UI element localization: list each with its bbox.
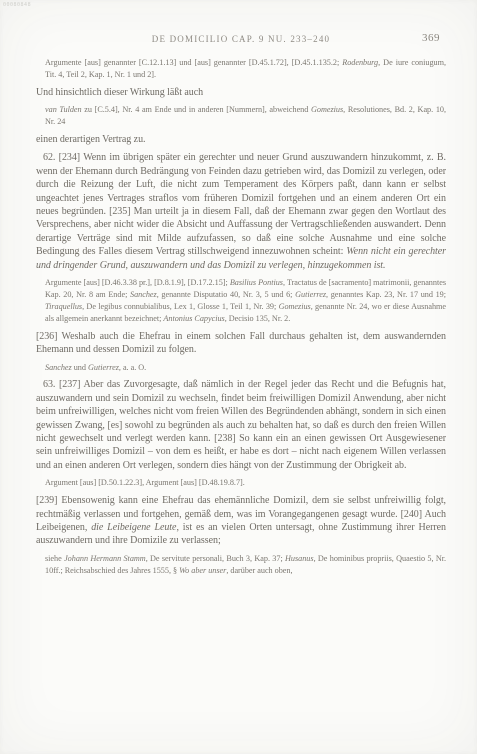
running-head: DE DOMICILIO CAP. 9 NU. 233–240 369: [36, 34, 446, 45]
citation-block-5: Argument [aus] [D.50.1.22.3], Argument […: [45, 477, 446, 489]
scan-id: 00080848: [3, 3, 31, 8]
body-paragraph-63: 63. [237] Aber das Zuvorgesagte, daß näm…: [36, 378, 446, 472]
running-head-title: DE DOMICILIO CAP. 9 NU. 233–240: [152, 34, 330, 44]
body-paragraph-2: einen derartigen Vertrag zu.: [36, 133, 446, 146]
page-number: 369: [422, 33, 440, 44]
body-paragraph-236: [236] Weshalb auch die Ehefrau in einem …: [36, 330, 446, 357]
body-paragraph-239: [239] Ebensowenig kann eine Ehefrau das …: [36, 494, 446, 548]
citation-block-4: Sanchez und Gutierrez, a. a. O.: [45, 362, 446, 374]
scanned-book-page: 00080848 DE DOMICILIO CAP. 9 NU. 233–240…: [0, 0, 477, 754]
citation-block-6: siehe Johann Hermann Stamm, De servitute…: [45, 553, 446, 577]
citation-block-3: Argumente [aus] [D.46.3.38 pr.], [D.8.1.…: [45, 277, 446, 325]
citation-block-2: van Tulden zu [C.5.4], Nr. 4 am Ende und…: [45, 104, 446, 128]
page-text-block: DE DOMICILIO CAP. 9 NU. 233–240 369 Argu…: [36, 34, 446, 582]
body-paragraph-62: 62. [234] Wenn im übrigen später ein ger…: [36, 151, 446, 272]
citation-block-1: Argumente [aus] genannter [C.12.1.13] un…: [45, 57, 446, 81]
body-paragraph-1: Und hinsichtlich dieser Wirkung läßt auc…: [36, 86, 446, 99]
